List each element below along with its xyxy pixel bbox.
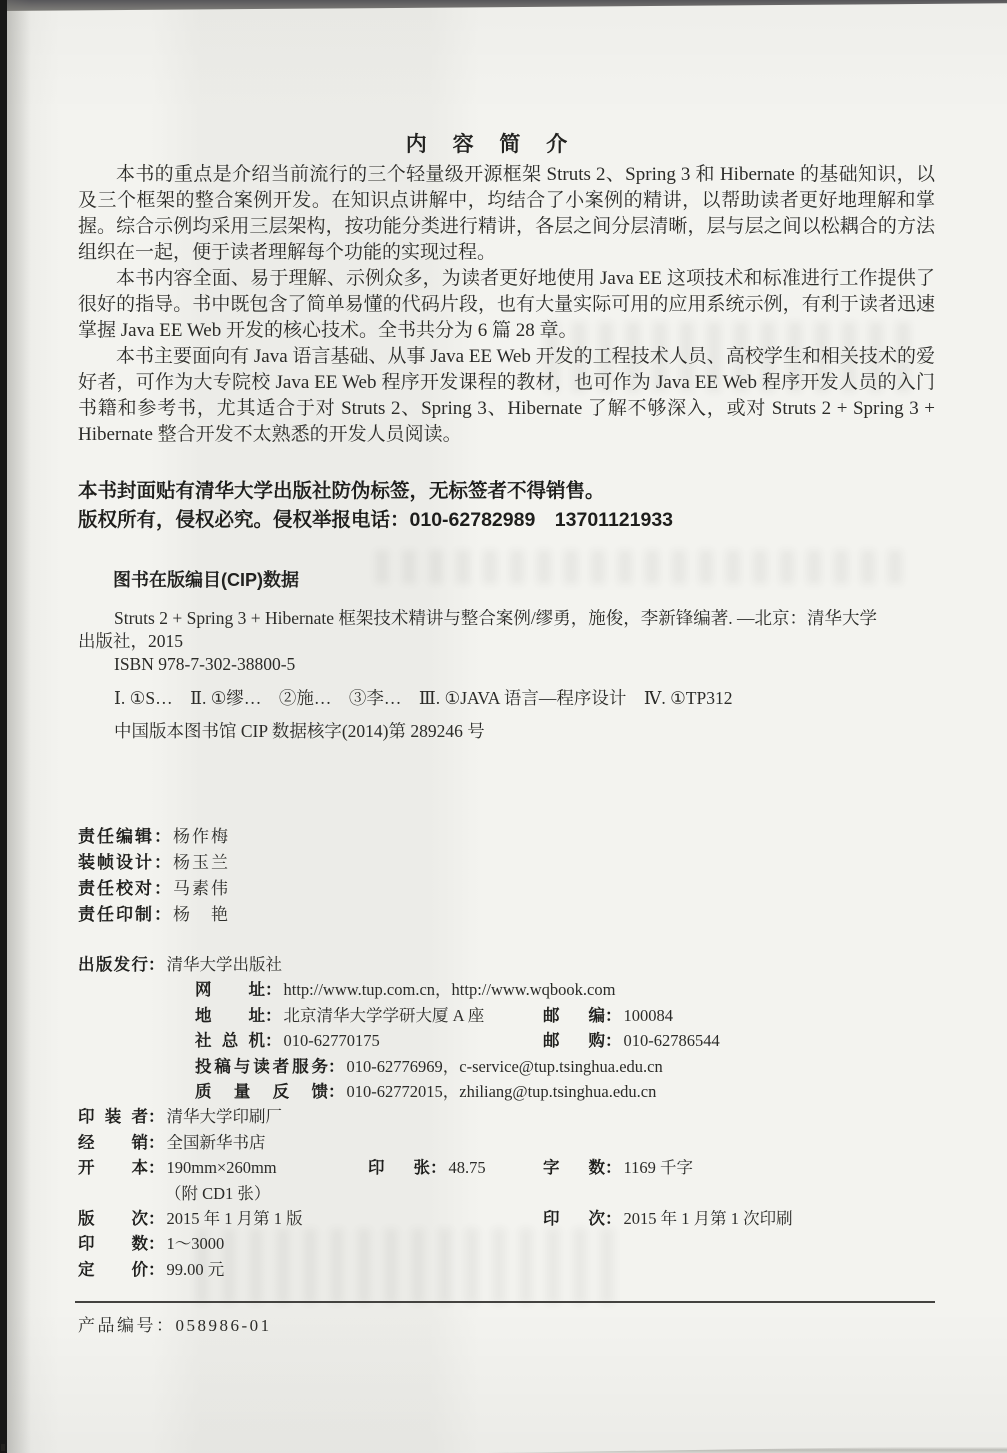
intro-paragraph-2: 本书内容全面、易于理解、示例众多，为读者更好地使用 Java EE 这项技术和标… — [78, 266, 935, 344]
credit-colon: ： — [154, 827, 173, 846]
pub-value: 2015 年 1 月第 1 版 — [167, 1209, 303, 1228]
pub-label: 邮购 — [543, 1029, 605, 1054]
pub-label: 质量反馈 — [195, 1080, 328, 1105]
cip-entry-line-1: Struts 2 + Spring 3 + Hibernate 框架技术精讲与整… — [78, 607, 948, 630]
credit-row-printing: 责任印制：杨 艳 — [78, 902, 230, 928]
pub-label: 字数 — [543, 1156, 605, 1181]
pub-row-format: 开本：190mm×260mm 印张：48.75 字数：1169 千字 — [0, 1155, 1007, 1180]
credit-colon: ： — [154, 879, 173, 898]
footer-divider — [75, 1301, 935, 1303]
pub-row-printer: 印装者：清华大学印刷厂 — [0, 1104, 1007, 1129]
credit-row-designer: 装帧设计：杨玉兰 — [78, 850, 230, 876]
pub-row-switchboard: 社总机：010-62770175 邮购：010-62786544 — [0, 1028, 1007, 1053]
pub-label: 网址 — [195, 978, 265, 1003]
credit-value: 杨 艳 — [173, 905, 230, 924]
intro-title: 内 容 简 介 — [0, 128, 995, 158]
credit-value: 杨作梅 — [173, 827, 230, 846]
credit-colon: ： — [154, 853, 173, 872]
pub-label: 印次 — [543, 1207, 605, 1232]
pub-value: 北京清华大学学研大厦 A 座 — [284, 1006, 485, 1025]
pub-value: 2015 年 1 月第 1 次印刷 — [624, 1209, 793, 1228]
publishing-info: 出版发行：清华大学出版社 网址：http://www.tup.com.cn，ht… — [0, 952, 1007, 1282]
scan-speck — [1, 1444, 5, 1451]
scan-edge-top — [0, 0, 1007, 11]
product-number: 产品编号：058986-01 — [78, 1313, 272, 1339]
pub-label: 邮编 — [543, 1004, 605, 1029]
pub-label: 地址 — [195, 1004, 265, 1029]
pub-value: 99.00 元 — [167, 1260, 225, 1279]
pub-row-reader-service: 投稿与读者服务：010-62776969，c-service@tup.tsing… — [0, 1054, 1007, 1079]
credit-label: 责任编辑 — [78, 827, 154, 846]
intro-paragraph-1: 本书的重点是介绍当前流行的三个轻量级开源框架 Struts 2、Spring 3… — [78, 162, 935, 266]
pub-label: 社总机 — [195, 1029, 265, 1054]
pub-value: 清华大学印刷厂 — [167, 1107, 283, 1126]
pub-row-publisher: 出版发行：清华大学出版社 — [0, 952, 1007, 977]
anti-piracy-line-1: 本书封面贴有清华大学出版社防伪标签，无标签者不得销售。 — [78, 477, 958, 506]
pub-row-cd-note: （附 CD1 张） — [0, 1181, 1007, 1206]
pub-label: 经销 — [78, 1131, 148, 1156]
pub-value: 010-62770175 — [284, 1031, 380, 1050]
credit-value: 杨玉兰 — [173, 853, 230, 872]
pub-value: 010-62772015，zhiliang@tup.tsinghua.edu.c… — [347, 1082, 657, 1101]
pub-value: 010-62786544 — [624, 1031, 720, 1050]
pub-label: 投稿与读者服务 — [195, 1055, 328, 1080]
intro-body: 本书的重点是介绍当前流行的三个轻量级开源框架 Struts 2、Spring 3… — [78, 162, 935, 448]
intro-paragraph-3: 本书主要面向有 Java 语言基础、从事 Java EE Web 开发的工程技术… — [78, 344, 935, 448]
pub-label: 定价 — [78, 1258, 148, 1283]
pub-label: 出版发行 — [78, 953, 148, 978]
cip-classification: Ⅰ. ①S… Ⅱ. ①缪… ②施… ③李… Ⅲ. ①JAVA 语言—程序设计 Ⅳ… — [78, 687, 948, 710]
pub-value: 190mm×260mm — [167, 1158, 277, 1177]
pub-label: 印数 — [78, 1232, 148, 1257]
cip-isbn: ISBN 978-7-302-38800-5 — [78, 653, 948, 676]
copyright-page: 内 容 简 介 本书的重点是介绍当前流行的三个轻量级开源框架 Struts 2、… — [0, 0, 1007, 1453]
cip-entry-line-2: 出版社，2015 — [78, 630, 948, 653]
pub-value: 全国新华书店 — [167, 1133, 266, 1152]
pub-label: 印装者 — [78, 1105, 148, 1130]
pub-row-quality-feedback: 质量反馈：010-62772015，zhiliang@tup.tsinghua.… — [0, 1079, 1007, 1104]
cip-block: Struts 2 + Spring 3 + Hibernate 框架技术精讲与整… — [78, 607, 948, 743]
credit-row-proofreader: 责任校对：马素伟 — [78, 876, 230, 902]
credit-colon: ： — [154, 905, 173, 924]
pub-row-distributor: 经销：全国新华书店 — [0, 1130, 1007, 1155]
product-number-value: 058986-01 — [176, 1316, 272, 1335]
pub-value: 48.75 — [449, 1158, 486, 1177]
pub-value: 1169 千字 — [624, 1158, 694, 1177]
pub-value: 清华大学出版社 — [167, 955, 283, 974]
pub-value: 1～3000 — [167, 1234, 225, 1253]
staff-credits: 责任编辑：杨作梅 装帧设计：杨玉兰 责任校对：马素伟 责任印制：杨 艳 — [78, 824, 230, 928]
cip-header: 图书在版编目(CIP)数据 — [113, 566, 299, 592]
pub-value: 100084 — [624, 1006, 674, 1025]
anti-piracy-line-2: 版权所有，侵权必究。侵权举报电话：010-62782989 1370112193… — [78, 506, 958, 535]
product-number-label: 产品编号 — [78, 1316, 156, 1335]
credit-row-editor: 责任编辑：杨作梅 — [78, 824, 230, 850]
pub-value: （附 CD1 张） — [165, 1184, 270, 1203]
credit-label: 装帧设计 — [78, 853, 154, 872]
pub-value: http://www.tup.com.cn，http://www.wqbook.… — [284, 980, 616, 999]
pub-row-edition: 版次：2015 年 1 月第 1 版 印次：2015 年 1 月第 1 次印刷 — [0, 1206, 1007, 1231]
pub-row-price: 定价：99.00 元 — [0, 1257, 1007, 1282]
pub-label: 印张 — [368, 1156, 430, 1181]
cip-record-number: 中国版本图书馆 CIP 数据核字(2014)第 289246 号 — [78, 720, 948, 743]
scan-edge-bottom — [487, 1444, 1007, 1453]
credit-label: 责任校对 — [78, 879, 154, 898]
pub-row-print-run: 印数：1～3000 — [0, 1231, 1007, 1256]
pub-label: 版次 — [78, 1207, 148, 1232]
credit-label: 责任印制 — [78, 905, 154, 924]
pub-label: 开本 — [78, 1156, 148, 1181]
anti-piracy-notice: 本书封面贴有清华大学出版社防伪标签，无标签者不得销售。 版权所有，侵权必究。侵权… — [78, 477, 958, 535]
pub-row-address: 地址：北京清华大学学研大厦 A 座 邮编：100084 — [0, 1003, 1007, 1028]
credit-value: 马素伟 — [173, 879, 230, 898]
pub-value: 010-62776969，c-service@tup.tsinghua.edu.… — [347, 1057, 663, 1076]
pub-row-website: 网址：http://www.tup.com.cn，http://www.wqbo… — [0, 977, 1007, 1002]
ink-bleed-ghost — [375, 550, 910, 584]
